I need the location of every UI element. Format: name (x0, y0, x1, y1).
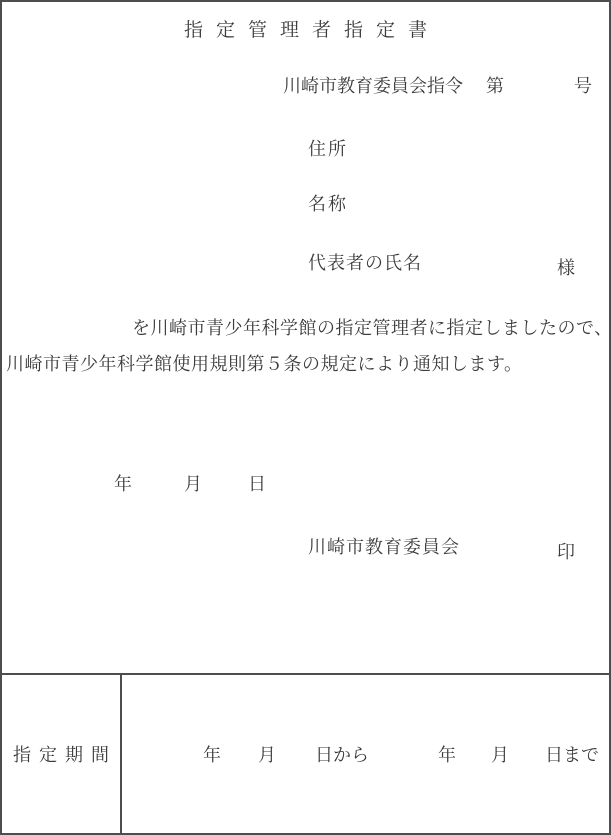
period-from-day-label: 日から (315, 741, 369, 767)
body-text-line1: を川崎市青少年科学館の指定管理者に指定しましたので、 (132, 319, 611, 340)
name-label: 名称 (308, 195, 348, 216)
address-label: 住所 (308, 140, 348, 161)
honorific-label: 様 (557, 254, 575, 280)
seal-placeholder-label: 印 (557, 538, 575, 564)
period-row-value: 年 月 日から 年 月 日まで (122, 675, 609, 833)
designation-period-table: 指定期間 年 月 日から 年 月 日まで (2, 673, 609, 833)
year-label: 年 (114, 474, 132, 495)
period-row-label: 指定期間 (2, 675, 122, 833)
directive-number-suffix: 号 (574, 76, 592, 97)
body-text-line2: 川崎市青少年科学館使用規則第５条の規定により通知します。 (6, 355, 523, 376)
designation-document-page: 指定管理者指定書 川崎市教育委員会指令第号 住所 名称 代表者の氏名 様 を川崎… (0, 0, 611, 835)
document-title: 指定管理者指定書 (2, 20, 609, 42)
period-from-year-label: 年 (203, 741, 221, 767)
period-from-month-label: 月 (258, 741, 276, 767)
month-label: 月 (184, 474, 202, 495)
period-to-year-label: 年 (438, 741, 456, 767)
directive-number-prefix: 第 (486, 76, 504, 97)
representative-label: 代表者の氏名 (308, 254, 422, 275)
issuing-authority-directive: 川崎市教育委員会指令 (283, 76, 463, 97)
day-label: 日 (248, 474, 266, 495)
issue-date-line: 年月日 (114, 475, 266, 496)
period-to-day-label: 日まで (545, 741, 599, 767)
period-to-month-label: 月 (491, 741, 509, 767)
directive-number-line: 川崎市教育委員会指令第号 (283, 77, 592, 98)
issuer-name: 川崎市教育委員会 (308, 538, 460, 559)
